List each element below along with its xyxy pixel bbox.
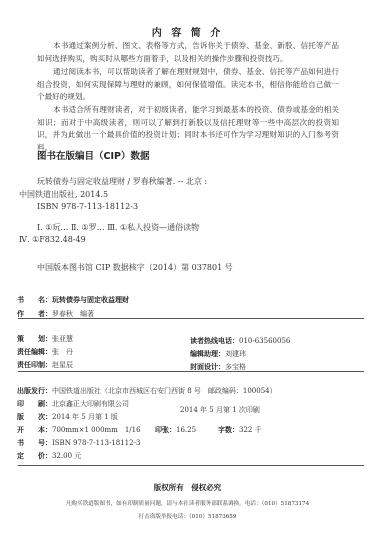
sheets-label: 印张： [155,426,176,434]
price-value: 32.00 元 [52,452,81,460]
staff-print-label: 责任印制： [17,361,52,369]
cover-design-label: 封面设计： [190,363,225,371]
staff-print-value: 赵星辰 [52,361,73,369]
divider-2 [18,371,364,372]
copyright-notice: 版权所有 侵权必究 [0,482,375,493]
cip-line-4: Ⅰ. ①玩… Ⅱ. ①罗… Ⅲ. ①私人投资—通俗读物 [37,222,199,233]
cip-line-1: 玩转债券与固定收益理财 / 罗春秋编著. -- 北京 : [37,176,207,187]
summary-paragraph-2: 通过阅读本书，可以帮助读者了解在理财规划中，债券、基金、信托等产品如何进行组合投… [37,66,339,104]
words-label: 字数： [218,426,239,434]
summary-title: 内 容 简 介 [0,24,375,39]
sheets-value: 16.25 [176,426,196,434]
cip-line-3: ISBN 978-7-113-18112-3 [37,202,138,211]
reader-hotline-value: 010-63560056 [239,337,290,345]
cip-record-number: 中国版本图书馆 CIP 数据核字（2014）第 037801 号 [37,262,233,273]
printing-value: 2014 年 5 月第 1 次印刷 [180,405,260,415]
cip-line-5: Ⅳ. ①F832.48-49 [19,235,86,244]
staff-print-row: 责任印制：赵星辰 [17,352,73,371]
divider-1 [18,318,364,319]
piracy-hotline: 打击盗版举报电话：（010）51873659 [0,512,375,520]
exchange-notice: 凡购买铁道版图书，如有印制质量问题，请与本社读者服务部联系调换。电话：（010）… [0,499,375,507]
words-row: 字数：322 千 [218,417,262,436]
book-author-value: 罗春秋 编著 [52,310,94,318]
summary-paragraph-3: 本书适合所有理财读者，对于初级读者，能学习到最基本的投资、债券或基金的相关知识；… [37,104,339,154]
cip-heading: 图书在版编目（CIP）数据 [37,148,149,162]
cover-design-value: 多宝格 [225,363,246,371]
summary-paragraph-1: 本书通过案例分析、图文、表格等方式，告诉你关于债券、基金、新股、信托等产品如何选… [37,40,339,65]
sheets-row: 印张：16.25 [155,417,196,436]
divider-3 [18,465,364,466]
price-label: 定 价： [17,452,52,460]
cip-line-2: 中国铁道出版社, 2014.5 [19,189,108,200]
words-value: 322 千 [239,426,262,434]
book-author-label: 作 者： [17,310,52,318]
price-row: 定 价：32.00 元 [17,443,81,462]
